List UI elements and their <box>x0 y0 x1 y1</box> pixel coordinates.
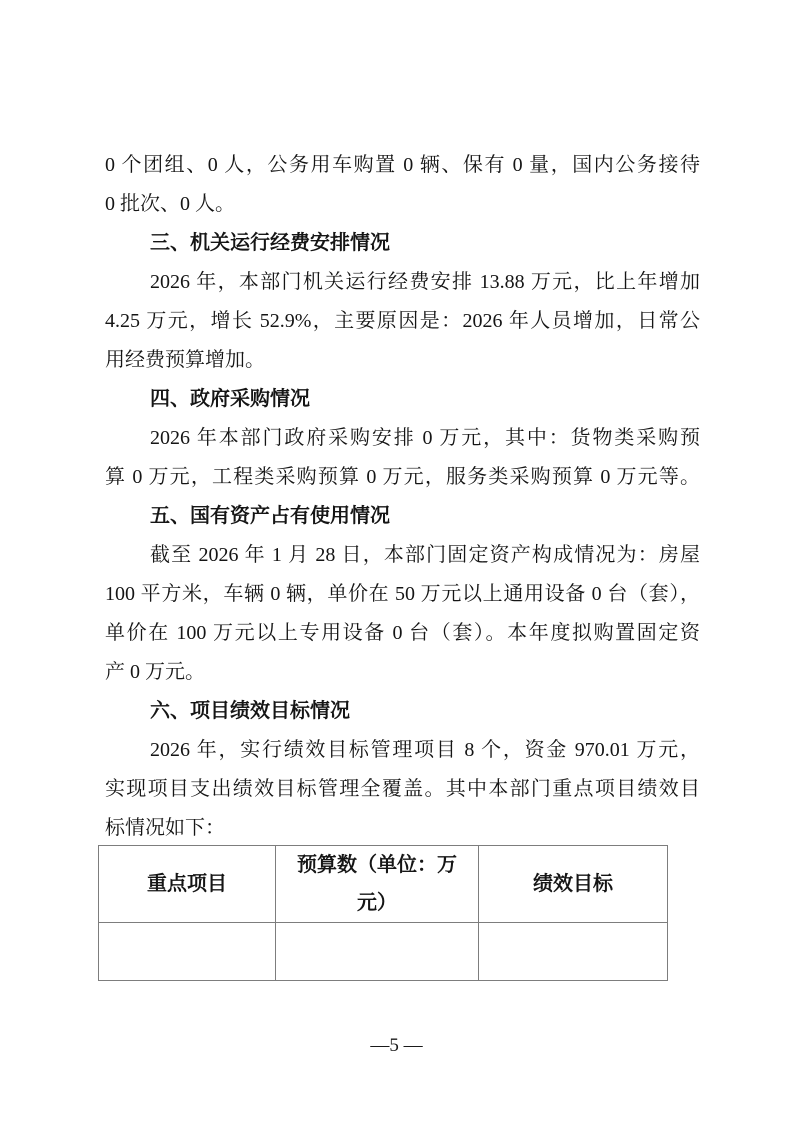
body-line: 单价在 100 万元以上专用设备 0 台（套）。本年度拟购置固定资 <box>105 614 700 653</box>
body-line: 4.25 万元，增长 52.9%，主要原因是：2026 年人员增加，日常公 <box>105 302 700 341</box>
body-line: 算 0 万元，工程类采购预算 0 万元，服务类采购预算 0 万元等。 <box>105 458 700 497</box>
table-header-row: 重点项目 预算数（单位：万元） 绩效目标 <box>99 846 668 923</box>
body-line: 2026 年本部门政府采购安排 0 万元，其中：货物类采购预 <box>105 419 700 458</box>
body-line: 实现项目支出绩效目标管理全覆盖。其中本部门重点项目绩效目 <box>105 770 700 809</box>
table-header-key-project: 重点项目 <box>99 846 276 923</box>
page-number: —5 — <box>0 1031 793 1061</box>
body-line: 截至 2026 年 1 月 28 日，本部门固定资产构成情况为：房屋 <box>105 536 700 575</box>
section-heading-6: 六、项目绩效目标情况 <box>105 692 700 731</box>
performance-target-table: 重点项目 预算数（单位：万元） 绩效目标 <box>98 845 668 981</box>
table-cell <box>99 923 276 981</box>
section-heading-4: 四、政府采购情况 <box>105 380 700 419</box>
intro-line: 0 批次、0 人。 <box>105 185 700 224</box>
table-row <box>99 923 668 981</box>
table-cell <box>276 923 479 981</box>
body-line: 100 平方米，车辆 0 辆，单价在 50 万元以上通用设备 0 台（套）， <box>105 575 700 614</box>
intro-line: 0 个团组、0 人，公务用车购置 0 辆、保有 0 量，国内公务接待 <box>105 146 700 185</box>
body-line: 标情况如下： <box>105 809 700 848</box>
table-cell <box>479 923 668 981</box>
body-line: 2026 年，本部门机关运行经费安排 13.88 万元，比上年增加 <box>105 263 700 302</box>
document-body: 0 个团组、0 人，公务用车购置 0 辆、保有 0 量，国内公务接待 0 批次、… <box>105 146 700 848</box>
section-heading-5: 五、国有资产占有使用情况 <box>105 497 700 536</box>
body-line: 用经费预算增加。 <box>105 341 700 380</box>
section-heading-3: 三、机关运行经费安排情况 <box>105 224 700 263</box>
document-page: 0 个团组、0 人，公务用车购置 0 辆、保有 0 量，国内公务接待 0 批次、… <box>0 0 793 1122</box>
table-header-performance-target: 绩效目标 <box>479 846 668 923</box>
body-line: 产 0 万元。 <box>105 653 700 692</box>
body-line: 2026 年，实行绩效目标管理项目 8 个，资金 970.01 万元， <box>105 731 700 770</box>
table-header-budget: 预算数（单位：万元） <box>276 846 479 923</box>
